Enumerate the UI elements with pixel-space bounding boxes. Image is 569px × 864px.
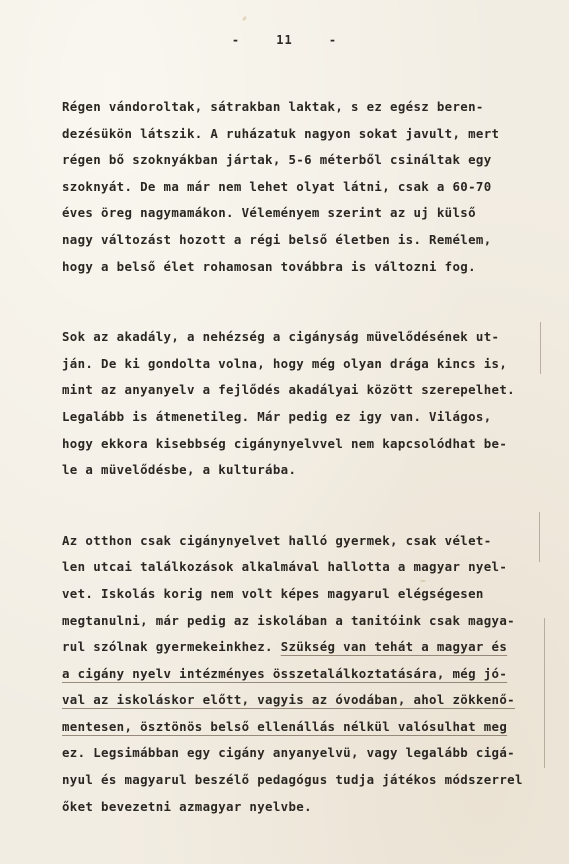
ink-smudge: [242, 16, 247, 22]
text-line: Sok az akadály, a nehézség a cigányság m…: [62, 324, 562, 351]
page-number: - 11 -: [0, 33, 569, 47]
paragraph-1: Régen vándoroltak, sátrakban laktak, s e…: [62, 94, 562, 280]
text-line: ez. Legsimábban egy cigány anyanyelvü, v…: [62, 740, 562, 767]
text-line: vet. Iskolás korig nem volt képes magyar…: [62, 581, 562, 608]
margin-pencil-mark: [539, 512, 540, 562]
paragraph-2: Sok az akadály, a nehézség a cigányság m…: [62, 324, 562, 484]
text-segment: rul szólnak gyermekeinkhez.: [62, 639, 281, 654]
text-line: Legalább is átmenetileg. Már pedig ez ig…: [62, 404, 562, 431]
text-line: mint az anyanyelv a fejlődés akadályai k…: [62, 377, 562, 404]
underlined-line: mentesen, ösztönös belső ellenállás nélk…: [62, 714, 562, 741]
text-line: őket bevezetni azmagyar nyelvbe.: [62, 794, 562, 821]
text-line: szoknyát. De ma már nem lehet olyat látn…: [62, 174, 562, 201]
text-line: éves öreg nagymamákon. Véleményem szerin…: [62, 200, 562, 227]
text-line: ján. De ki gondolta volna, hogy még olya…: [62, 351, 562, 378]
body-text: Régen vándoroltak, sátrakban laktak, s e…: [62, 94, 562, 820]
text-line: nyul és magyarul beszélő pedagógus tudja…: [62, 767, 562, 794]
text-line: megtanulni, már pedig az iskolában a tan…: [62, 608, 562, 635]
text-line: dezésükön látszik. A ruházatuk nagyon so…: [62, 121, 562, 148]
text-line: régen bő szoknyákban jártak, 5-6 méterbő…: [62, 147, 562, 174]
paragraph-spacer: [62, 280, 562, 324]
text-line: rul szólnak gyermekeinkhez. Szükség van …: [62, 634, 562, 661]
underlined-line: a cigány nyelv intézményes összetalálkoz…: [62, 661, 562, 688]
typewritten-page: - 11 - Régen vándoroltak, sátrakban lakt…: [0, 0, 569, 864]
text-line: hogy ekkora kisebbség cigánynyelvvel nem…: [62, 431, 562, 458]
text-line: hogy a belső élet rohamosan továbbra is …: [62, 254, 562, 281]
paragraph-spacer: [62, 484, 562, 528]
paragraph-3: Az otthon csak cigánynyelvet halló gyerm…: [62, 528, 562, 821]
text-line: nagy változást hozott a régi belső életb…: [62, 227, 562, 254]
underlined-line: val az iskoláskor előtt, vagyis az óvodá…: [62, 687, 562, 714]
text-line: Régen vándoroltak, sátrakban laktak, s e…: [62, 94, 562, 121]
underlined-segment: Szükség van tehát a magyar és: [281, 639, 507, 654]
text-line: Az otthon csak cigánynyelvet halló gyerm…: [62, 528, 562, 555]
text-line: le a müvelődésbe, a kulturába.: [62, 457, 562, 484]
margin-pencil-mark: [544, 618, 545, 768]
margin-pencil-mark: [540, 322, 541, 374]
text-line: len utcai találkozások alkalmával hallot…: [62, 554, 562, 581]
